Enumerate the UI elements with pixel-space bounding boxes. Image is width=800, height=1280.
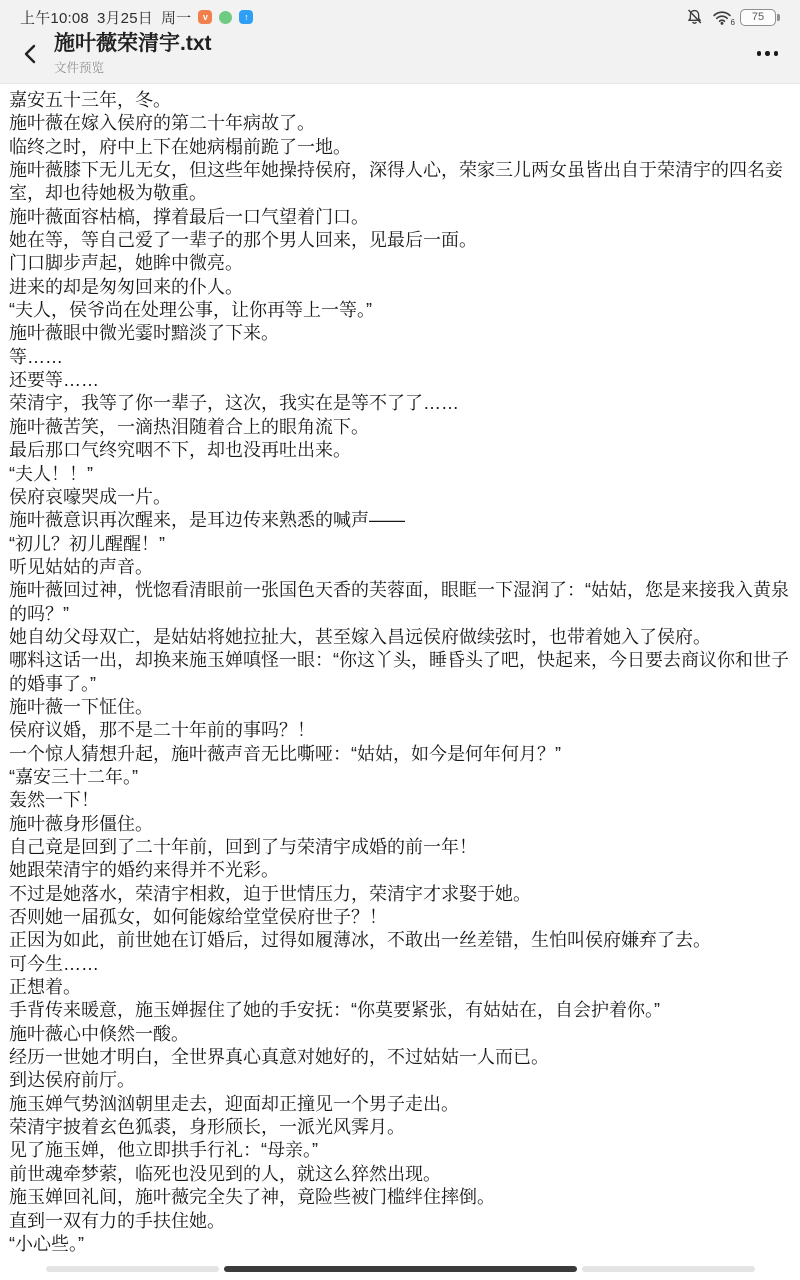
status-left: 上午10:08 3月25日 周一 v ↑ [20, 7, 253, 28]
text-paragraph: 她跟荣清宇的婚约来得并不光彩。 [9, 859, 791, 882]
text-paragraph: 见了施玉婵，他立即拱手行礼：“母亲。” [9, 1139, 791, 1162]
text-paragraph: 荣清宇披着玄色狐裘，身形颀长，一派光风霁月。 [9, 1116, 791, 1139]
page-indicator-segment-right [582, 1266, 755, 1272]
text-paragraph: “嘉安三十二年。” [9, 766, 791, 789]
upload-arrow-notification-icon: ↑ [239, 10, 253, 24]
text-paragraph: “小心些。” [9, 1233, 791, 1256]
text-paragraph: 等…… [9, 346, 791, 369]
text-paragraph: 嘉安五十三年，冬。 [9, 89, 791, 112]
text-paragraph: 不过是她落水，荣清宇相救，迫于世情压力，荣清宇才求娶于她。 [9, 883, 791, 906]
status-weekday: 周一 [161, 7, 191, 28]
text-paragraph: 正想着。 [9, 976, 791, 999]
text-paragraph: 轰然一下！ [9, 789, 791, 812]
more-menu-button[interactable] [753, 41, 783, 66]
text-paragraph: 哪料这话一出，却换来施玉婵嗔怪一眼：“你这丫头，睡昏头了吧，快起来，今日要去商议… [9, 649, 791, 696]
text-paragraph: 自己竟是回到了二十年前，回到了与荣清宇成婚的前一年！ [9, 836, 791, 859]
status-time: 上午10:08 [20, 7, 89, 28]
text-paragraph: 侯府议婚，那不是二十年前的事吗？！ [9, 719, 791, 742]
battery-percent: 75 [740, 9, 776, 26]
text-paragraph: 直到一双有力的手扶住她。 [9, 1210, 791, 1233]
text-paragraph: 到达侯府前厅。 [9, 1069, 791, 1092]
status-right: 6 75 [685, 8, 780, 27]
text-paragraph: 最后那口气终究咽不下，却也没再吐出来。 [9, 439, 791, 462]
page-indicator-segment-current [224, 1266, 577, 1272]
text-paragraph: 施玉婵气势汹汹朝里走去，迎面却正撞见一个男子走出。 [9, 1093, 791, 1116]
file-preview-screen: 上午10:08 3月25日 周一 v ↑ [0, 0, 800, 1280]
text-paragraph: 可今生…… [9, 953, 791, 976]
text-paragraph: 施叶薇膝下无儿无女，但这些年她操持侯府，深得人心，荣家三儿两女虽皆出自于荣清宇的… [9, 159, 791, 206]
back-button[interactable] [14, 37, 48, 71]
status-bar: 上午10:08 3月25日 周一 v ↑ [0, 0, 800, 30]
page-indicator[interactable] [0, 1266, 800, 1272]
document-body[interactable]: 嘉安五十三年，冬。施叶薇在嫁入侯府的第二十年病故了。临终之时，府中上下在她病榻前… [0, 84, 800, 1256]
text-paragraph: 门口脚步声起，她眸中微亮。 [9, 252, 791, 275]
text-paragraph: 施叶薇面容枯槁，撑着最后一口气望着门口。 [9, 206, 791, 229]
text-paragraph: “夫人！！” [9, 463, 791, 486]
text-paragraph: 经历一世她才明白，全世界真心真意对她好的，不过姑姑一人而已。 [9, 1046, 791, 1069]
green-dot-notification-icon [219, 11, 232, 24]
header-titles: 施叶薇荣清宇.txt 文件预览 [54, 32, 212, 76]
text-paragraph: 她在等，等自己爱了一辈子的那个男人回来，见最后一面。 [9, 229, 791, 252]
text-paragraph: 听见姑姑的声音。 [9, 556, 791, 579]
text-paragraph: 施玉婵回礼间，施叶薇完全失了神，竟险些被门槛绊住摔倒。 [9, 1186, 791, 1209]
wifi-icon: 6 [712, 9, 732, 26]
header: 施叶薇荣清宇.txt 文件预览 [0, 30, 800, 83]
text-paragraph: 一个惊人猜想升起，施叶薇声音无比嘶哑：“姑姑，如今是何年何月？” [9, 743, 791, 766]
status-datetime: 上午10:08 3月25日 周一 [20, 7, 191, 28]
text-paragraph: 施叶薇意识再次醒来，是耳边传来熟悉的喊声—— [9, 509, 791, 532]
text-paragraph: 侯府哀嚎哭成一片。 [9, 486, 791, 509]
text-paragraph: 施叶薇在嫁入侯府的第二十年病故了。 [9, 112, 791, 135]
text-paragraph: “夫人，侯爷尚在处理公事，让你再等上一等。” [9, 299, 791, 322]
text-paragraph: 荣清宇，我等了你一辈子，这次，我实在是等不了了…… [9, 392, 791, 415]
back-chevron-icon [20, 41, 42, 67]
text-paragraph: 施叶薇心中倏然一酸。 [9, 1023, 791, 1046]
wifi-6-label: 6 [731, 18, 735, 27]
text-paragraph: 前世魂牵梦萦，临死也没见到的人，就这么猝然出现。 [9, 1163, 791, 1186]
battery-nub [777, 14, 780, 21]
text-paragraph: “初儿？初儿醒醒！” [9, 533, 791, 556]
text-paragraph: 还要等…… [9, 369, 791, 392]
text-paragraph: 施叶薇身形僵住。 [9, 813, 791, 836]
text-paragraph: 临终之时，府中上下在她病榻前跪了一地。 [9, 136, 791, 159]
text-paragraph: 正因为如此，前世她在订婚后，过得如履薄冰，不敢出一丝差错，生怕叫侯府嫌弃了去。 [9, 929, 791, 952]
text-paragraph: 施叶薇一下怔住。 [9, 696, 791, 719]
text-paragraph: 施叶薇眼中微光霎时黯淡了下来。 [9, 322, 791, 345]
text-paragraph: 否则她一届孤女，如何能嫁给堂堂侯府世子？！ [9, 906, 791, 929]
more-menu-icon [757, 51, 762, 56]
status-date: 3月25日 [97, 7, 153, 28]
text-paragraph: 手背传来暖意，施玉婵握住了她的手安抚：“你莫要紧张，有姑姑在，自会护着你。” [9, 999, 791, 1022]
page-indicator-segment-left [46, 1266, 219, 1272]
text-paragraph: 施叶薇苦笑，一滴热泪随着合上的眼角流下。 [9, 416, 791, 439]
top-bar-area: 上午10:08 3月25日 周一 v ↑ [0, 0, 800, 84]
file-title: 施叶薇荣清宇.txt [54, 32, 212, 56]
text-paragraph: 进来的却是匆匆回来的仆人。 [9, 276, 791, 299]
battery-icon: 75 [740, 9, 780, 26]
orange-app-notification-icon: v [198, 10, 212, 24]
mute-bell-icon [685, 8, 704, 27]
file-subtitle: 文件预览 [54, 58, 212, 76]
text-paragraph: 施叶薇回过神，恍惚看清眼前一张国色天香的芙蓉面，眼眶一下湿润了：“姑姑，您是来接… [9, 579, 791, 626]
text-paragraph: 她自幼父母双亡，是姑姑将她拉扯大，甚至嫁入昌远侯府做续弦时，也带着她入了侯府。 [9, 626, 791, 649]
